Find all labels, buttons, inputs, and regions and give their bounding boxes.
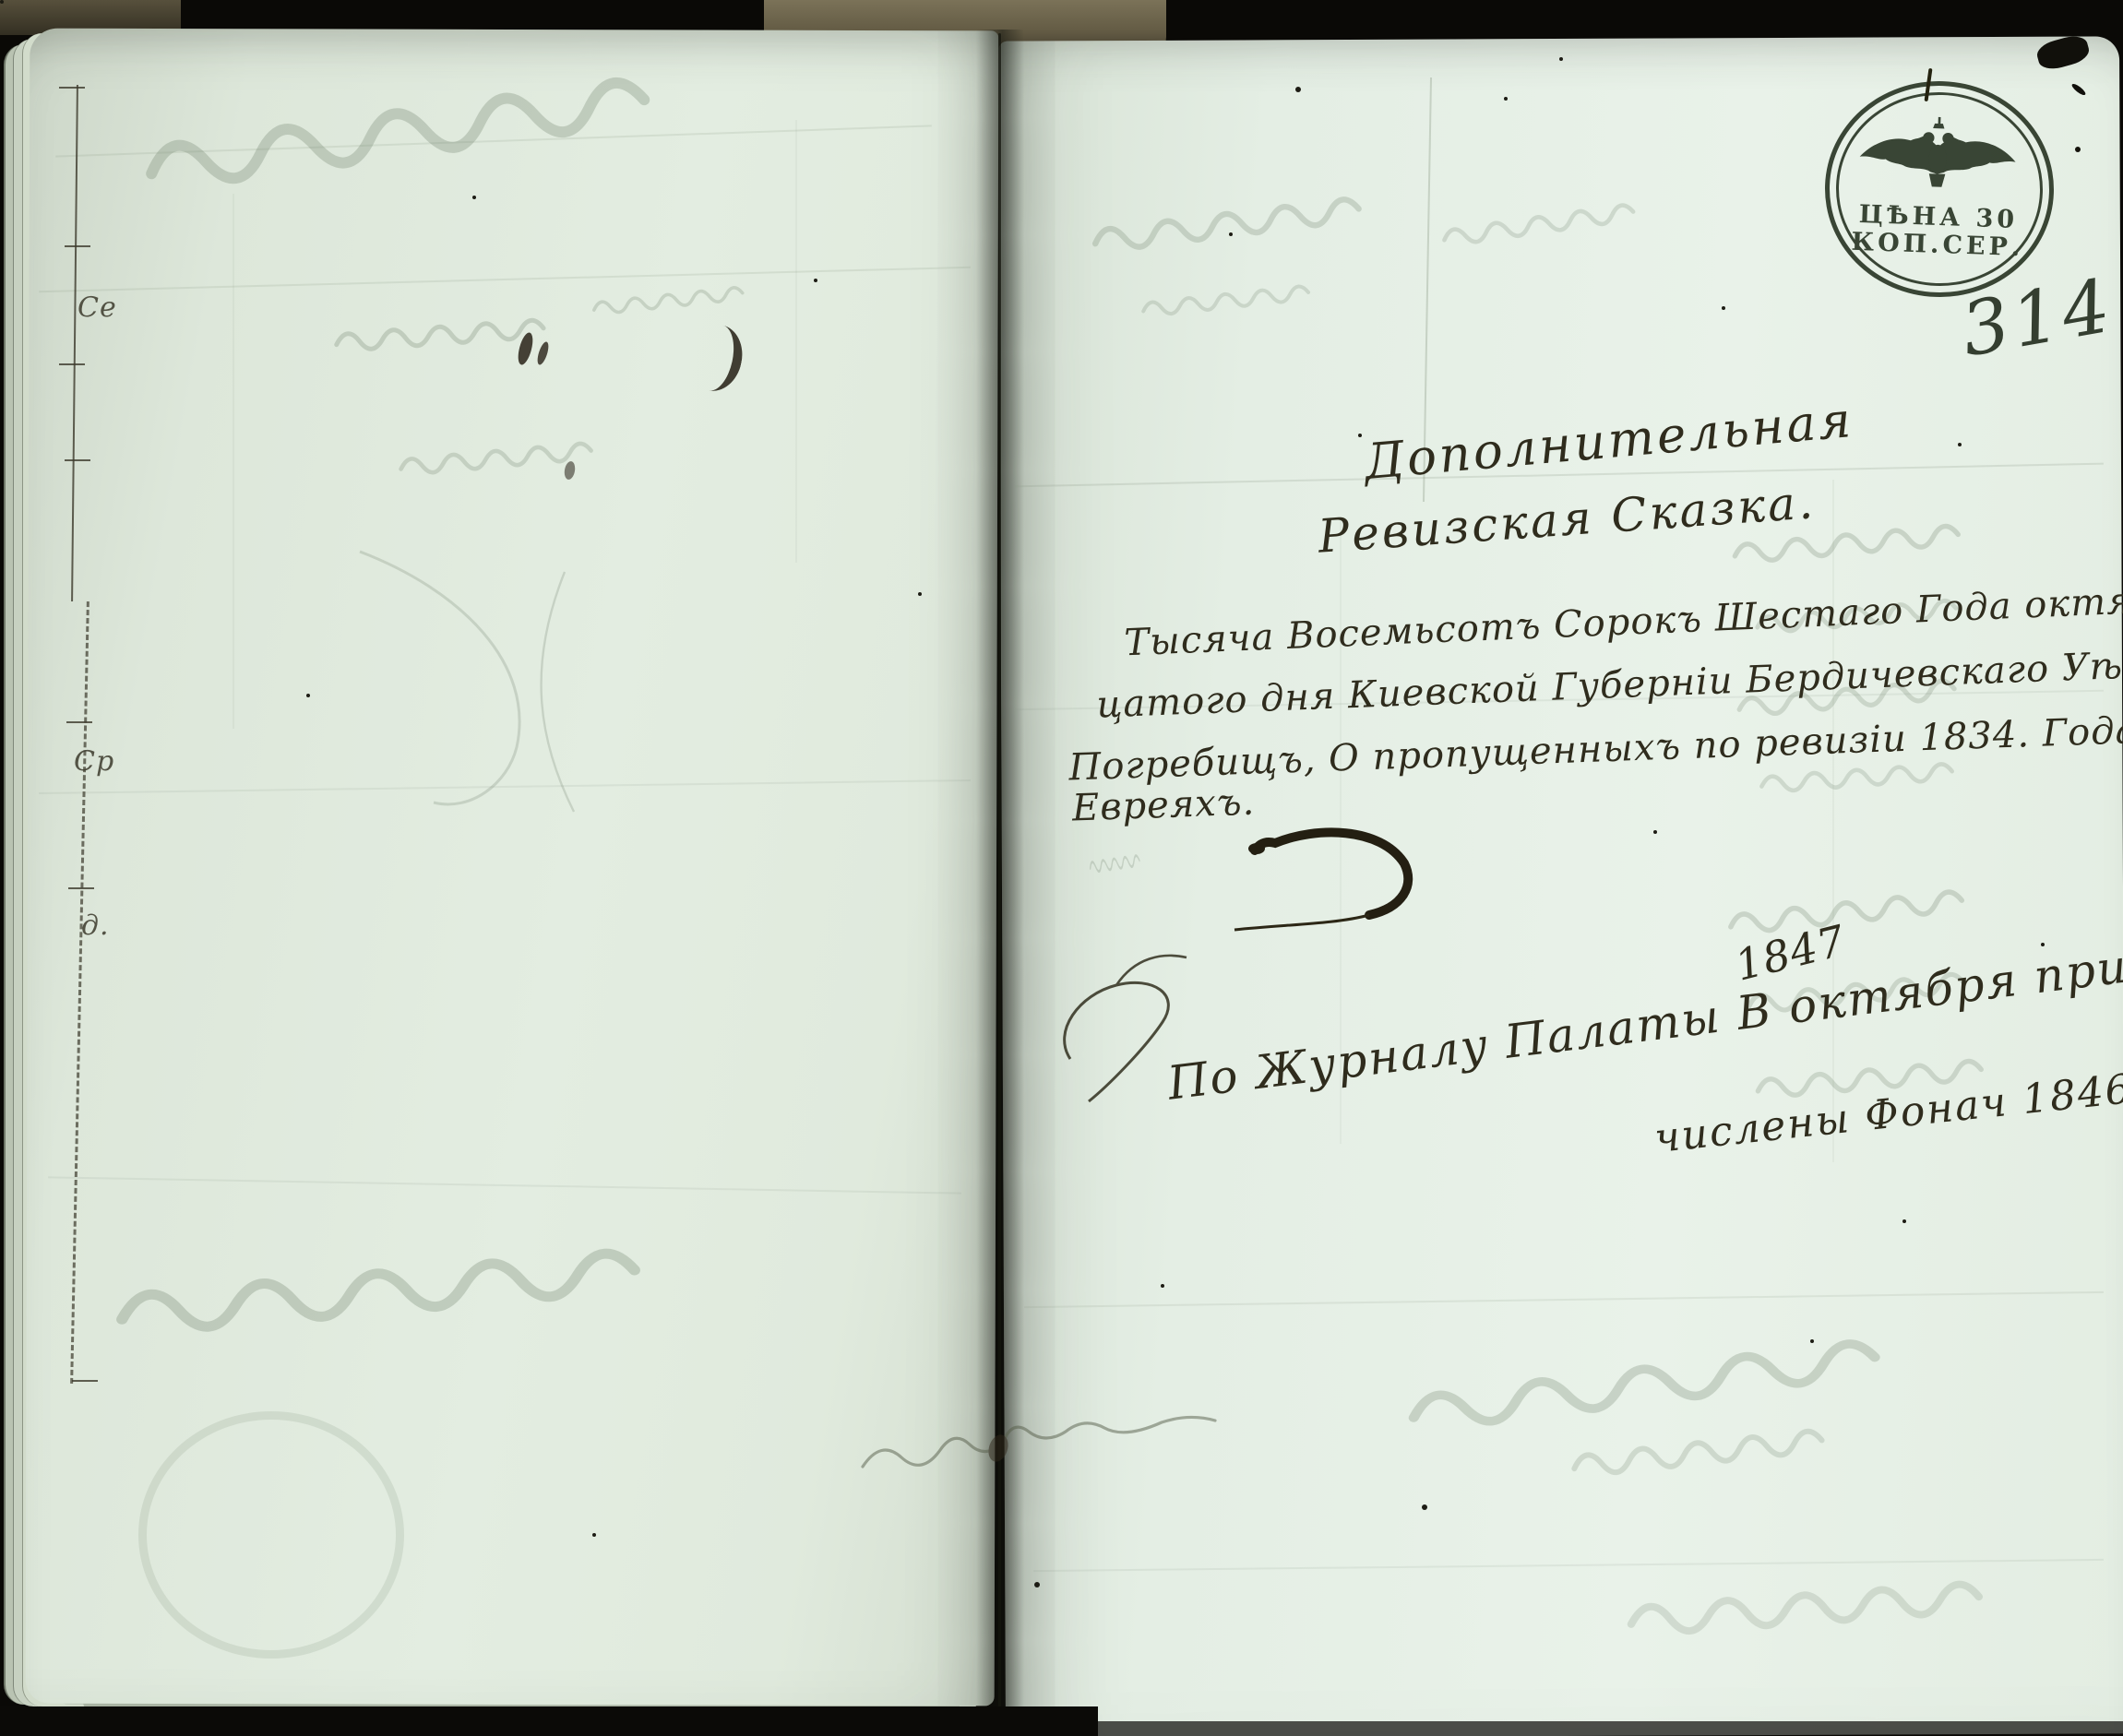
margin-tick [59, 87, 85, 89]
margin-tick [59, 363, 85, 365]
margin-tick [65, 245, 90, 247]
archival-photo-open-book: { "book": { "page_number": "314", "stamp… [0, 0, 2123, 1736]
margin-tick [66, 721, 92, 723]
margin-annotation: д. [81, 910, 110, 942]
bottom-shadow-right [1098, 1721, 2123, 1736]
stamp-price-text: ЦѢНА 30 КОП.СЕР. [1827, 200, 2048, 264]
imperial-double-eagle-icon [1855, 113, 2021, 203]
bleed-through-column-rule [795, 120, 797, 563]
body-text-line: Евреяхъ. [1071, 781, 1256, 830]
stamp-price-line2: КОП.СЕР. [1827, 228, 2047, 264]
margin-annotation: Се [78, 291, 117, 324]
bottom-shadow [0, 1706, 1098, 1736]
margin-annotation: Ср [74, 745, 114, 778]
ink-specks [0, 0, 4, 4]
signature-scribble [858, 1391, 1319, 1502]
bleed-through-column-rule [233, 194, 234, 729]
pen-flourish [1233, 810, 1445, 948]
margin-tick [65, 459, 90, 461]
margin-tick [72, 1380, 98, 1382]
bleed-through-stamp-ring [138, 1411, 404, 1659]
bleed-through-flourish [323, 535, 618, 830]
margin-tick [68, 887, 94, 889]
